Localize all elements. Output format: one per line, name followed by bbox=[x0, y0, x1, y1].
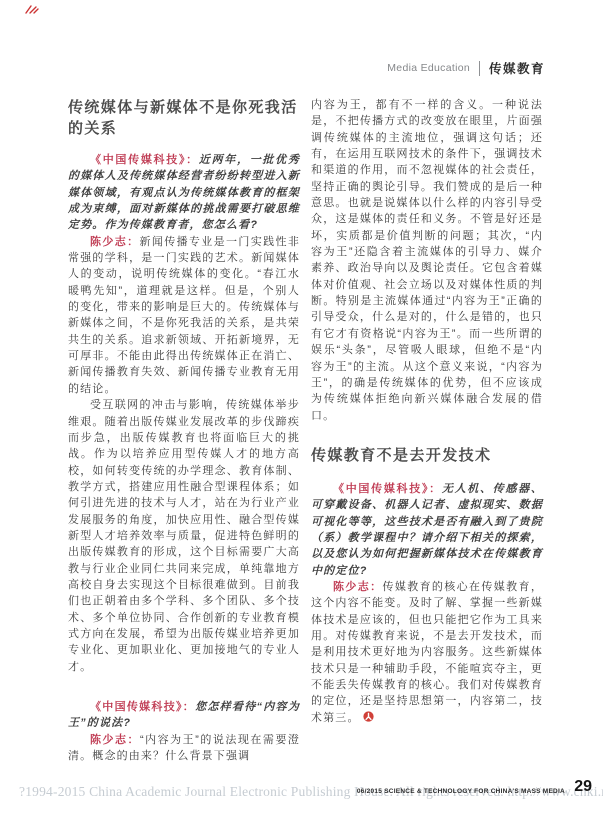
section-title-chinese: 传媒教育 bbox=[489, 59, 545, 77]
answer-paragraph: 陈少志：传媒教育的核心在传媒教育，这个内容不能变。及时了解、掌握一些新媒体技术是… bbox=[311, 579, 543, 726]
journal-page: Media Education 传媒教育 传统媒体与新媒体不是你死我活的关系 《… bbox=[0, 0, 603, 821]
continuation-paragraph: 内容为王，都有不一样的含义。一种说法是，不把传播方式的改变放在眼里，片面强调传统… bbox=[311, 97, 543, 424]
question-text: 无人机、传感器、可穿戴设备、机器人记者、虚拟现实、数据可视化等等，这些技术是否有… bbox=[311, 483, 543, 577]
speaker-label: 陈少志： bbox=[333, 581, 382, 593]
answer-text: 传媒教育的核心在传媒教育，这个内容不能变。及时了解、掌握一些新媒体技术是应该的，… bbox=[311, 581, 543, 724]
left-column: 传统媒体与新媒体不是你死我活的关系 《中国传媒科技》：近两年，一批优秀的媒体人及… bbox=[68, 97, 300, 764]
page-number: 29 bbox=[574, 778, 592, 796]
interviewer-label: 《中国传媒科技》： bbox=[90, 154, 199, 166]
question-paragraph: 《中国传媒科技》：您怎样看待“内容为王”的说法? bbox=[68, 699, 300, 732]
answer-text: 新闻传播专业是一门实践性非常强的学科，是一门实践的艺术。新闻媒体人的变动，说明传… bbox=[68, 236, 300, 395]
journal-issue-line: 06/2015 SCIENCE & TECHNOLOGY FOR CHINA'S… bbox=[357, 788, 565, 795]
end-of-article-icon bbox=[363, 711, 374, 722]
question-paragraph: 《中国传媒科技》：近两年，一批优秀的媒体人及传统媒体经营者纷纷转型进入新媒体领域… bbox=[68, 152, 300, 234]
answer-paragraph: 受互联网的冲击与影响，传统媒体举步维艰。随着出版传媒业发展改革的步伐蹄疾而步急，… bbox=[68, 397, 300, 675]
interviewer-label: 《中国传媒科技》： bbox=[90, 701, 195, 713]
answer-text: 内容为王，都有不一样的含义。一种说法是，不把传播方式的改变放在眼里，片面强调传统… bbox=[311, 99, 543, 422]
section-title-english: Media Education bbox=[387, 62, 470, 74]
article-body: 传统媒体与新媒体不是你死我活的关系 《中国传媒科技》：近两年，一批优秀的媒体人及… bbox=[68, 97, 543, 764]
scan-artifact-mark bbox=[24, 4, 40, 16]
interviewer-label: 《中国传媒科技》： bbox=[333, 483, 442, 495]
article-heading: 传统媒体与新媒体不是你死我活的关系 bbox=[68, 97, 300, 139]
header-divider-line bbox=[479, 61, 480, 76]
right-column: 内容为王，都有不一样的含义。一种说法是，不把传播方式的改变放在眼里，片面强调传统… bbox=[311, 97, 543, 764]
speaker-label: 陈少志： bbox=[90, 236, 139, 248]
section-heading: 传媒教育不是去开发技术 bbox=[311, 445, 543, 466]
answer-paragraph: 陈少志：新闻传播专业是一门实践性非常强的学科，是一门实践的艺术。新闻媒体人的变动… bbox=[68, 234, 300, 397]
speaker-label: 陈少志： bbox=[90, 734, 140, 746]
question-paragraph: 《中国传媒科技》：无人机、传感器、可穿戴设备、机器人记者、虚拟现实、数据可视化等… bbox=[311, 481, 543, 579]
answer-text: 受互联网的冲击与影响，传统媒体举步维艰。随着出版传媒业发展改革的步伐蹄疾而步急，… bbox=[68, 399, 300, 673]
answer-paragraph: 陈少志：“内容为王”的说法现在需要澄清。概念的由来？什么背景下强调 bbox=[68, 732, 300, 765]
page-header: Media Education 传媒教育 bbox=[387, 59, 545, 77]
